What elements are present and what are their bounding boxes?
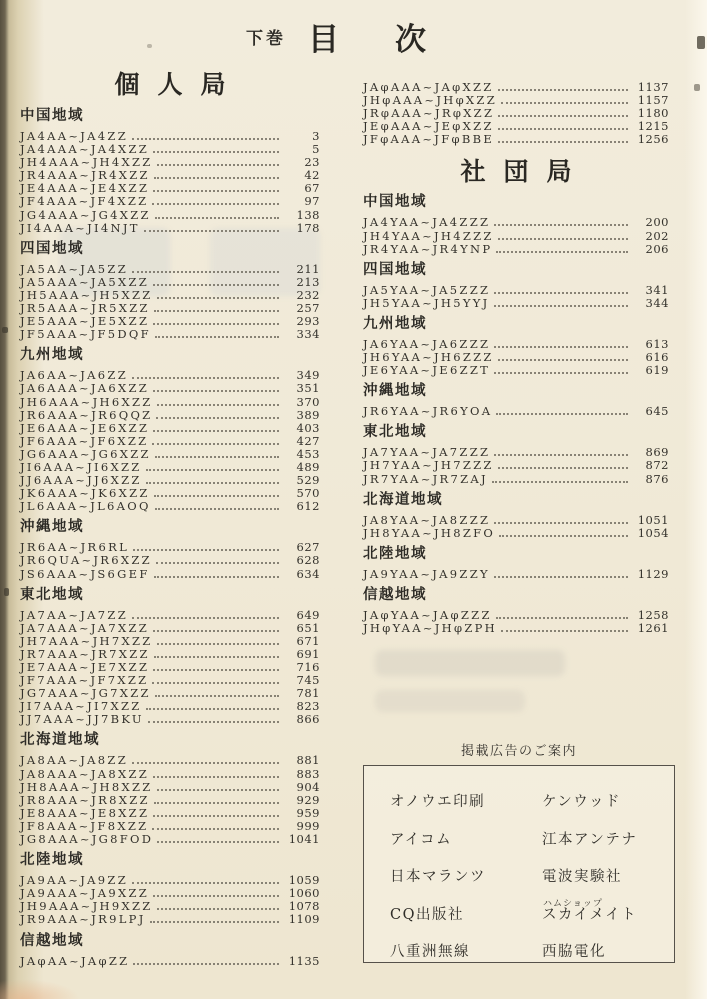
callsign-range: JA6AA~JA6ZZ (20, 368, 128, 382)
toc-entry: JR7AAA~JR7XZZ691 (20, 647, 320, 660)
page-number: 1041 (284, 832, 320, 846)
page-number: 781 (284, 686, 320, 700)
callsign-range: JE6YAA~JE6ZZT (363, 363, 490, 377)
dotted-leader (154, 656, 279, 658)
callsign-range: JA9YAA~JA9ZZY (363, 567, 490, 581)
dotted-leader (155, 695, 279, 697)
dotted-leader (153, 190, 279, 192)
region-heading: 北陸地域 (363, 544, 669, 563)
page-number: 649 (284, 608, 320, 622)
region-heading: 沖縄地域 (363, 381, 669, 400)
page-number: 872 (633, 458, 669, 472)
callsign-range: JE6AAA~JE6XZZ (20, 421, 149, 435)
advertiser-box: オノウエ印刷ケンウッドアイコム江本アンテナ日本マランツ電波実験社CQ出版社ハムシ… (363, 765, 675, 963)
page-number: 628 (284, 553, 320, 567)
dotted-leader (150, 921, 279, 923)
dotted-leader (155, 508, 279, 510)
toc-entry: JR5AAA~JR5XZZ257 (20, 301, 320, 314)
page-number: 3 (284, 129, 320, 143)
page-number: 1060 (284, 886, 320, 900)
callsign-range: JR5AAA~JR5XZZ (20, 301, 150, 315)
callsign-range: JG7AAA~JG7XZZ (20, 686, 151, 700)
region-heading: 信越地域 (363, 585, 669, 604)
toc-entry: JI7AAA~JI7XZZ823 (20, 699, 320, 712)
page-number: 42 (284, 168, 320, 182)
page-number: 866 (284, 712, 320, 726)
page-number: 5 (284, 142, 320, 156)
dotted-leader (154, 802, 279, 804)
individual-stations-heading: 個人局 (20, 70, 320, 100)
toc-entry: JE7AAA~JE7XZZ716 (20, 660, 320, 673)
scan-speck (697, 36, 705, 49)
page-number: 489 (284, 460, 320, 474)
advertiser-row: 八重洲無線西脇電化 (390, 932, 668, 970)
region-block: 中国地域JA4AA~JA4ZZ3JA4AAA~JA4XZZ5JH4AAA~JH4… (20, 106, 320, 234)
toc-entry: JA5YAA~JA5ZZZ341 (363, 283, 669, 296)
page-number: 206 (633, 242, 669, 256)
toc-entry: JA8YAA~JA8ZZZ1051 (363, 513, 669, 526)
toc-entry: JR4YAA~JR4YNP206 (363, 242, 669, 255)
page-number: 1129 (633, 567, 669, 581)
page-number: 999 (284, 819, 320, 833)
callsign-range: JF5AAA~JF5DQF (20, 327, 151, 341)
advertiser-name: 西脇電化 (542, 940, 668, 961)
advertiser-name: 日本マランツ (390, 865, 542, 886)
dotted-leader (157, 164, 279, 166)
callsign-range: JH9AAA~JH9XZZ (20, 899, 153, 913)
region-heading: 北陸地域 (20, 850, 320, 869)
advertiser-name: CQ出版社 (390, 903, 542, 924)
page-number: 1059 (284, 873, 320, 887)
region-block: 北陸地域JA9YAA~JA9ZZY1129 (363, 544, 669, 580)
page-number: 1137 (633, 80, 669, 94)
dotted-leader (153, 151, 279, 153)
dotted-leader (498, 238, 628, 240)
callsign-range: JS6AAA~JS6GEF (20, 567, 150, 581)
page-number: 211 (284, 262, 320, 276)
toc-entry: JR6AA~JR6RL627 (20, 540, 320, 553)
advertiser-row: アイコム江本アンテナ (390, 820, 668, 858)
toc-entry: JA9YAA~JA9ZZY1129 (363, 567, 669, 580)
dotted-leader (153, 669, 279, 671)
page-number: 1261 (633, 621, 669, 635)
page-number: 334 (284, 327, 320, 341)
toc-entry: JH9AAA~JH9XZZ1078 (20, 899, 320, 912)
page-title: 下巻 目次 (246, 14, 482, 59)
region-heading: 中国地域 (20, 106, 320, 125)
toc-entry: JJ7AAA~JJ7BKU866 (20, 712, 320, 725)
callsign-range: JI7AAA~JI7XZZ (20, 699, 142, 713)
callsign-range: JH6YAA~JH6ZZZ (363, 350, 494, 364)
dotted-leader (496, 251, 628, 253)
page-number: 619 (633, 363, 669, 377)
page-number: 257 (284, 301, 320, 315)
dotted-leader (157, 643, 279, 645)
toc-entry: JR6AAA~JR6QQZ389 (20, 408, 320, 421)
callsign-range: JF8AAA~JF8XZZ (20, 819, 148, 833)
club-regions: 中国地域JA4YAA~JA4ZZZ200JH4YAA~JH4ZZZ202JR4Y… (363, 192, 669, 634)
region-block: 九州地域JA6YAA~JA6ZZZ613JH6YAA~JH6ZZZ616JE6Y… (363, 314, 669, 376)
toc-entry: JH7YAA~JH7ZZZ872 (363, 458, 669, 471)
dotted-leader (153, 284, 279, 286)
callsign-range: JR9AAA~JR9LPJ (20, 912, 146, 926)
region-block: 北海道地域JA8AA~JA8ZZ881JA8AAA~JA8XZZ883JH8AA… (20, 730, 320, 845)
page-number: 341 (633, 283, 669, 297)
callsign-range: JEφAAA~JEφXZZ (363, 119, 494, 133)
callsign-range: JF7AAA~JF7XZZ (20, 673, 148, 687)
dotted-leader (156, 417, 279, 419)
region-heading: 九州地域 (363, 314, 669, 333)
page-number: 616 (633, 350, 669, 364)
page-number: 883 (284, 767, 320, 781)
advertisement-heading: 掲載広告のご案内 (363, 740, 675, 759)
toc-entry: JA7AAA~JA7XZZ651 (20, 621, 320, 634)
callsign-range: JG4AAA~JG4XZZ (20, 208, 151, 222)
advertiser-row: オノウエ印刷ケンウッド (390, 782, 668, 820)
callsign-range: JA5AA~JA5ZZ (20, 262, 128, 276)
callsign-range: JA9AAA~JA9XZZ (20, 886, 149, 900)
region-block: 四国地域JA5AA~JA5ZZ211JA5AAA~JA5XZZ213JH5AAA… (20, 239, 320, 341)
toc-entry: JE6AAA~JE6XZZ403 (20, 421, 320, 434)
dotted-leader (157, 297, 279, 299)
page-number: 200 (633, 215, 669, 229)
toc-entry: JAφAAA~JAφXZZ1137 (363, 80, 669, 93)
toc-entry: JR4AAA~JR4XZZ42 (20, 168, 320, 181)
page-number: 23 (284, 155, 320, 169)
callsign-range: JH7AAA~JH7XZZ (20, 634, 153, 648)
dotted-leader (153, 815, 279, 817)
page-number: 691 (284, 647, 320, 661)
advertiser-note: ハムショップ (543, 896, 603, 909)
dotted-leader (496, 617, 628, 619)
page-number: 453 (284, 447, 320, 461)
callsign-range: JH5AAA~JH5XZZ (20, 288, 153, 302)
toc-entry: JH8AAA~JH8XZZ904 (20, 780, 320, 793)
callsign-range: JRφAAA~JRφXZZ (363, 106, 494, 120)
callsign-range: JR4YAA~JR4YNP (363, 242, 492, 256)
advertiser-name: 電波実験社 (542, 865, 668, 886)
page-number: 138 (284, 208, 320, 222)
callsign-range: JR6YAA~JR6YOA (363, 404, 492, 418)
callsign-range: JI6AAA~JI6XZZ (20, 460, 142, 474)
page-number: 232 (284, 288, 320, 302)
scanned-toc-page: 下巻 目次 個人局 中国地域JA4AA~JA4ZZ3JA4AAA~JA4XZZ5… (0, 0, 707, 999)
callsign-range: JL6AAA~JL6AOQ (20, 499, 151, 513)
advertisement-section: 掲載広告のご案内 オノウエ印刷ケンウッドアイコム江本アンテナ日本マランツ電波実験… (363, 740, 675, 963)
dotted-leader (153, 390, 279, 392)
callsign-range: JHφAAA~JHφXZZ (363, 93, 497, 107)
region-block: 沖縄地域JR6YAA~JR6YOA645 (363, 381, 669, 417)
callsign-range: JG6AAA~JG6XZZ (20, 447, 151, 461)
dotted-leader (154, 576, 279, 578)
callsign-range: JA4AA~JA4ZZ (20, 129, 128, 143)
scan-speck (2, 327, 8, 333)
dotted-leader (157, 404, 279, 406)
toc-entry: JA4AAA~JA4XZZ5 (20, 142, 320, 155)
region-heading: 沖縄地域 (20, 517, 320, 536)
page-number: 1258 (633, 608, 669, 622)
page-number: 344 (633, 296, 669, 310)
dotted-leader (132, 377, 279, 379)
toc-entry: JG8AAA~JG8FOD1041 (20, 832, 320, 845)
toc-entry: JA5AA~JA5ZZ211 (20, 262, 320, 275)
callsign-range: JA7AA~JA7ZZ (20, 608, 128, 622)
shinetsu-continuation-entries: JAφAAA~JAφXZZ1137JHφAAA~JHφXZZ1157JRφAAA… (363, 80, 669, 145)
callsign-range: JI4AAA~JI4NJT (20, 221, 140, 235)
region-block: 北陸地域JA9AA~JA9ZZ1059JA9AAA~JA9XZZ1060JH9A… (20, 850, 320, 925)
toc-entry: JA4AA~JA4ZZ3 (20, 129, 320, 142)
page-number: 97 (284, 194, 320, 208)
callsign-range: JF6AAA~JF6XZZ (20, 434, 148, 448)
advertiser-row: CQ出版社ハムショップスカイメイト (390, 895, 668, 933)
page-number: 651 (284, 621, 320, 635)
toc-entry: JA6AAA~JA6XZZ351 (20, 381, 320, 394)
callsign-range: JJ7AAA~JJ7BKU (20, 712, 144, 726)
dotted-leader (132, 138, 279, 140)
toc-entry: JR6YAA~JR6YOA645 (363, 404, 669, 417)
page-number: 1180 (633, 106, 669, 120)
dotted-leader (152, 443, 279, 445)
dotted-leader (146, 469, 279, 471)
dotted-leader (494, 576, 628, 578)
callsign-range: JK6AAA~JK6XZZ (20, 486, 150, 500)
toc-entry: JF7AAA~JF7XZZ745 (20, 673, 320, 686)
page-number: 351 (284, 381, 320, 395)
region-heading: 東北地域 (20, 585, 320, 604)
dotted-leader (157, 841, 279, 843)
callsign-range: JE5AAA~JE5XZZ (20, 314, 149, 328)
callsign-range: JE7AAA~JE7XZZ (20, 660, 149, 674)
region-block: 東北地域JA7AA~JA7ZZ649JA7AAA~JA7XZZ651JH7AAA… (20, 585, 320, 726)
toc-entry: JAφYAA~JAφZZZ1258 (363, 608, 669, 621)
callsign-range: JA5AAA~JA5XZZ (20, 275, 149, 289)
toc-entry: JH8YAA~JH8ZFO1054 (363, 526, 669, 539)
dotted-leader (494, 372, 628, 374)
dotted-leader (153, 323, 279, 325)
dotted-leader (146, 482, 279, 484)
advertiser-name: ケンウッド (542, 790, 668, 811)
individual-regions: 中国地域JA4AA~JA4ZZ3JA4AAA~JA4XZZ5JH4AAA~JH4… (20, 106, 320, 967)
dotted-leader (501, 102, 628, 104)
toc-entry: JRφAAA~JRφXZZ1180 (363, 106, 669, 119)
region-heading: 四国地域 (363, 260, 669, 279)
dotted-leader (146, 708, 279, 710)
page-number: 959 (284, 806, 320, 820)
page-number: 929 (284, 793, 320, 807)
dotted-leader (496, 413, 628, 415)
toc-entry: JF5AAA~JF5DQF334 (20, 327, 320, 340)
page-number: 1215 (633, 119, 669, 133)
toc-entry: JF8AAA~JF8XZZ999 (20, 819, 320, 832)
advertiser-name: ハムショップスカイメイト (542, 903, 668, 924)
dotted-leader (132, 882, 279, 884)
callsign-range: JA7AAA~JA7XZZ (20, 621, 149, 635)
advertiser-row: 日本マランツ電波実験社 (390, 857, 668, 895)
page-number: 1054 (633, 526, 669, 540)
toc-entry: JA8AA~JA8ZZ881 (20, 753, 320, 766)
dotted-leader (501, 630, 628, 632)
toc-title: 目次 (308, 14, 482, 59)
advertiser-name: 江本アンテナ (542, 828, 668, 849)
page-number: 403 (284, 421, 320, 435)
callsign-range: JR4AAA~JR4XZZ (20, 168, 150, 182)
page-number: 570 (284, 486, 320, 500)
dotted-leader (154, 495, 279, 497)
dotted-leader (153, 630, 279, 632)
scan-speck (694, 84, 700, 91)
callsign-range: JA6AAA~JA6XZZ (20, 381, 149, 395)
toc-entry: JF6AAA~JF6XZZ427 (20, 434, 320, 447)
dotted-leader (494, 454, 628, 456)
dotted-leader (144, 230, 279, 232)
toc-entry: JI4AAA~JI4NJT178 (20, 221, 320, 234)
page-number: 213 (284, 275, 320, 289)
dotted-leader (153, 430, 279, 432)
callsign-range: JJ6AAA~JJ6XZZ (20, 473, 142, 487)
page-number: 1135 (284, 954, 320, 968)
dotted-leader (148, 721, 279, 723)
toc-entry: JG4AAA~JG4XZZ138 (20, 208, 320, 221)
callsign-range: JFφAAA~JFφBBE (363, 132, 494, 146)
region-block: 九州地域JA6AA~JA6ZZ349JA6AAA~JA6XZZ351JH6AAA… (20, 345, 320, 512)
callsign-range: JF4AAA~JF4XZZ (20, 194, 148, 208)
dotted-leader (494, 346, 628, 348)
dotted-leader (498, 467, 628, 469)
callsign-range: JR7YAA~JR7ZAJ (363, 472, 488, 486)
page-number: 1109 (284, 912, 320, 926)
left-column: 個人局 中国地域JA4AA~JA4ZZ3JA4AAA~JA4XZZ5JH4AAA… (20, 70, 320, 967)
callsign-range: JE8AAA~JE8XZZ (20, 806, 149, 820)
toc-entry: JA5AAA~JA5XZZ213 (20, 275, 320, 288)
page-edge-highlight (685, 0, 707, 999)
region-block: 四国地域JA5YAA~JA5ZZZ341JH5YAA~JH5YYJ344 (363, 260, 669, 309)
callsign-range: JH4YAA~JH4ZZZ (363, 229, 494, 243)
dotted-leader (155, 336, 279, 338)
toc-entry: JH4YAA~JH4ZZZ202 (363, 229, 669, 242)
region-heading: 信越地域 (20, 931, 320, 950)
callsign-range: JA8AA~JA8ZZ (20, 753, 128, 767)
right-column: JAφAAA~JAφXZZ1137JHφAAA~JHφXZZ1157JRφAAA… (363, 80, 669, 634)
dotted-leader (132, 617, 279, 619)
toc-entry: JF4AAA~JF4XZZ97 (20, 194, 320, 207)
page-number: 745 (284, 673, 320, 687)
dotted-leader (494, 305, 628, 307)
callsign-range: JH7YAA~JH7ZZZ (363, 458, 494, 472)
callsign-range: JA4YAA~JA4ZZZ (363, 215, 490, 229)
dotted-leader (133, 963, 279, 965)
dotted-leader (132, 271, 279, 273)
toc-entry: JHφYAA~JHφZPH1261 (363, 621, 669, 634)
callsign-range: JA7YAA~JA7ZZZ (363, 445, 490, 459)
page-number: 178 (284, 221, 320, 235)
dotted-leader (494, 522, 628, 524)
scan-speck (4, 588, 9, 596)
page-number: 1256 (633, 132, 669, 146)
toc-entry: JE4AAA~JE4XZZ67 (20, 181, 320, 194)
toc-entry: JL6AAA~JL6AOQ612 (20, 499, 320, 512)
dotted-leader (152, 682, 279, 684)
toc-entry: JE6YAA~JE6ZZT619 (363, 363, 669, 376)
advertiser-name: 江本アンテナ (542, 828, 668, 849)
page-number: 876 (633, 472, 669, 486)
toc-entry: JH6AAA~JH6XZZ370 (20, 395, 320, 408)
page-number: 427 (284, 434, 320, 448)
dotted-leader (152, 828, 279, 830)
callsign-range: JA6YAA~JA6ZZZ (363, 337, 490, 351)
toc-entry: JR7YAA~JR7ZAJ876 (363, 472, 669, 485)
callsign-range: JAφAA~JAφZZ (20, 954, 129, 968)
toc-entry: JR6QUA~JR6XZZ628 (20, 553, 320, 566)
region-heading: 北海道地域 (363, 490, 669, 509)
page-number: 370 (284, 395, 320, 409)
callsign-range: JAφAAA~JAφXZZ (363, 80, 494, 94)
dotted-leader (155, 217, 279, 219)
toc-entry: JH5AAA~JH5XZZ232 (20, 288, 320, 301)
page-number: 1157 (633, 93, 669, 107)
region-block: 沖縄地域JR6AA~JR6RL627JR6QUA~JR6XZZ628JS6AAA… (20, 517, 320, 579)
toc-entry: JK6AAA~JK6XZZ570 (20, 486, 320, 499)
dotted-leader (154, 177, 279, 179)
region-heading: 九州地域 (20, 345, 320, 364)
region-block: 東北地域JA7YAA~JA7ZZZ869JH7YAA~JH7ZZZ872JR7Y… (363, 422, 669, 484)
callsign-range: JA8YAA~JA8ZZZ (363, 513, 490, 527)
dotted-leader (156, 562, 279, 564)
dotted-leader (153, 776, 279, 778)
callsign-range: JHφYAA~JHφZPH (363, 621, 497, 635)
dotted-leader (157, 789, 279, 791)
region-heading: 中国地域 (363, 192, 669, 211)
region-heading: 東北地域 (363, 422, 669, 441)
toc-entry: JA7AA~JA7ZZ649 (20, 608, 320, 621)
advertiser-name: ケンウッド (542, 790, 668, 811)
page-number: 823 (284, 699, 320, 713)
dotted-leader (155, 456, 279, 458)
toc-entry: JH7AAA~JH7XZZ671 (20, 634, 320, 647)
toc-entry: JH5YAA~JH5YYJ344 (363, 296, 669, 309)
page-number: 716 (284, 660, 320, 674)
page-number: 613 (633, 337, 669, 351)
callsign-range: JG8AAA~JG8FOD (20, 832, 153, 846)
page-number: 645 (633, 404, 669, 418)
callsign-range: JE4AAA~JE4XZZ (20, 181, 149, 195)
advertiser-name: アイコム (390, 828, 542, 849)
page-number: 202 (633, 229, 669, 243)
toc-entry: JJ6AAA~JJ6XZZ529 (20, 473, 320, 486)
dotted-leader (498, 89, 628, 91)
dotted-leader (157, 908, 279, 910)
dotted-leader (154, 310, 279, 312)
toc-entry: JA7YAA~JA7ZZZ869 (363, 445, 669, 458)
callsign-range: JR6AAA~JR6QQZ (20, 408, 152, 422)
toc-entry: JA9AA~JA9ZZ1059 (20, 873, 320, 886)
toc-entry: JHφAAA~JHφXZZ1157 (363, 93, 669, 106)
dotted-leader (494, 292, 628, 294)
toc-entry: JR9AAA~JR9LPJ1109 (20, 912, 320, 925)
dotted-leader (498, 141, 628, 143)
toc-entry: JI6AAA~JI6XZZ489 (20, 460, 320, 473)
toc-entry: JA6AA~JA6ZZ349 (20, 368, 320, 381)
region-heading: 北海道地域 (20, 730, 320, 749)
callsign-range: JA8AAA~JA8XZZ (20, 767, 149, 781)
dotted-leader (153, 895, 279, 897)
toc-entry: JA6YAA~JA6ZZZ613 (363, 337, 669, 350)
callsign-range: JAφYAA~JAφZZZ (363, 608, 492, 622)
dotted-leader (152, 203, 279, 205)
page-number: 349 (284, 368, 320, 382)
toc-entry: JEφAAA~JEφXZZ1215 (363, 119, 669, 132)
dotted-leader (498, 115, 628, 117)
scan-speck (147, 44, 152, 48)
